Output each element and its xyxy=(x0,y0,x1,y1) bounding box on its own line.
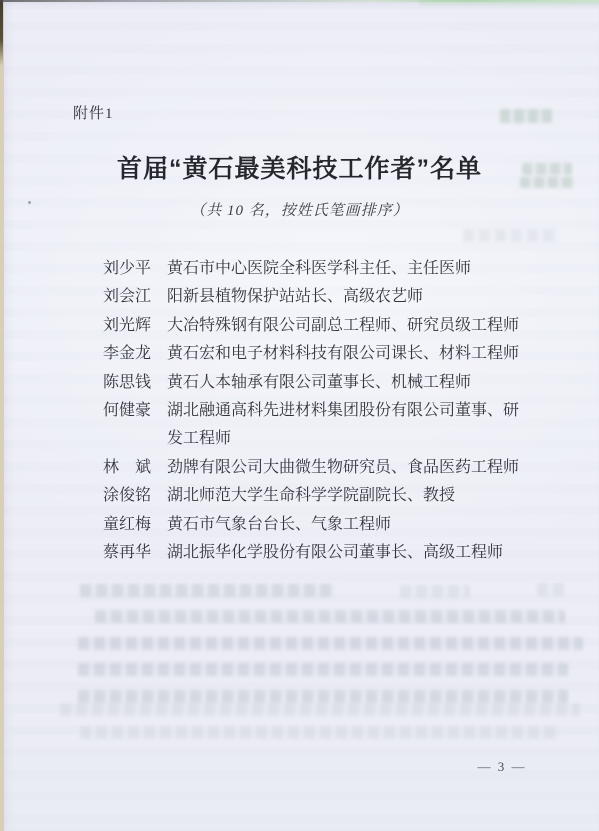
list-item: 何健豪 湖北融通高科先进材料集团股份有限公司董事、研发工程师 xyxy=(103,397,533,454)
person-title: 黄石宏和电子材料科技有限公司课长、材料工程师 xyxy=(167,340,525,368)
bleed-through-line xyxy=(80,584,335,597)
list-item: 林 斌 劲牌有限公司大曲微生物研究员、食品医药工程师 xyxy=(103,454,533,482)
bleed-through-mark xyxy=(463,229,558,242)
person-title: 黄石人本轴承有限公司董事长、机械工程师 xyxy=(167,369,525,397)
person-name: 刘光辉 xyxy=(103,312,151,340)
bleed-through-mark xyxy=(500,109,552,123)
bleed-through-line xyxy=(78,637,583,650)
person-title: 大冶特殊钢有限公司副总工程师、研究员级工程师 xyxy=(167,312,525,340)
person-title: 阳新县植物保护站站长、高级农艺师 xyxy=(167,283,525,311)
list-item: 童红梅 黄石市气象台台长、气象工程师 xyxy=(103,511,533,539)
list-item: 刘会江 阳新县植物保护站站长、高级农艺师 xyxy=(103,283,533,311)
list-item: 蔡再华 湖北振华化学股份有限公司董事长、高级工程师 xyxy=(103,539,533,567)
bleed-through-line xyxy=(400,585,470,598)
person-title: 黄石市中心医院全科医学科主任、主任医师 xyxy=(167,255,525,283)
list-item: 刘光辉 大冶特殊钢有限公司副总工程师、研究员级工程师 xyxy=(103,312,533,340)
person-name: 李金龙 xyxy=(103,340,151,368)
name-list: 刘少平 黄石市中心医院全科医学科主任、主任医师 刘会江 阳新县植物保护站站长、高… xyxy=(103,255,533,567)
person-name: 涂俊铭 xyxy=(103,482,151,510)
person-title: 黄石市气象台台长、气象工程师 xyxy=(167,511,525,539)
scan-speck xyxy=(28,201,31,204)
scan-tint-top-right xyxy=(419,0,599,8)
document-subtitle: （共 10 名，按姓氏笔画排序） xyxy=(0,199,599,220)
attachment-label: 附件1 xyxy=(73,102,114,123)
person-title: 湖北振华化学股份有限公司董事长、高级工程师 xyxy=(167,539,525,567)
person-name: 陈思钱 xyxy=(103,369,151,397)
bleed-through-line xyxy=(537,583,565,596)
bleed-through-line xyxy=(78,690,568,703)
person-title: 劲牌有限公司大曲微生物研究员、食品医药工程师 xyxy=(167,454,525,482)
person-name: 童红梅 xyxy=(103,511,151,539)
person-name: 蔡再华 xyxy=(103,539,151,567)
list-item: 陈思钱 黄石人本轴承有限公司董事长、机械工程师 xyxy=(103,369,533,397)
document-title: 首届“黄石最美科技工作者”名单 xyxy=(0,149,599,185)
list-item: 涂俊铭 湖北师范大学生命科学学院副院长、教授 xyxy=(103,482,533,510)
person-name: 林 斌 xyxy=(103,454,151,482)
bleed-through-line xyxy=(95,610,565,623)
bleed-through-line xyxy=(80,726,560,739)
scanner-edge-left-dark xyxy=(0,0,3,66)
bleed-through-line xyxy=(78,663,568,676)
list-item: 李金龙 黄石宏和电子材料科技有限公司课长、材料工程师 xyxy=(103,340,533,368)
bleed-through-line xyxy=(60,703,580,716)
person-name: 何健豪 xyxy=(103,397,151,425)
page-number: — 3 — xyxy=(452,759,552,775)
person-title: 湖北师范大学生命科学学院副院长、教授 xyxy=(167,482,525,510)
person-name: 刘会江 xyxy=(103,283,151,311)
scanner-edge-left xyxy=(0,0,4,831)
person-name: 刘少平 xyxy=(103,255,151,283)
person-title: 湖北融通高科先进材料集团股份有限公司董事、研发工程师 xyxy=(167,397,525,454)
list-item: 刘少平 黄石市中心医院全科医学科主任、主任医师 xyxy=(103,255,533,283)
